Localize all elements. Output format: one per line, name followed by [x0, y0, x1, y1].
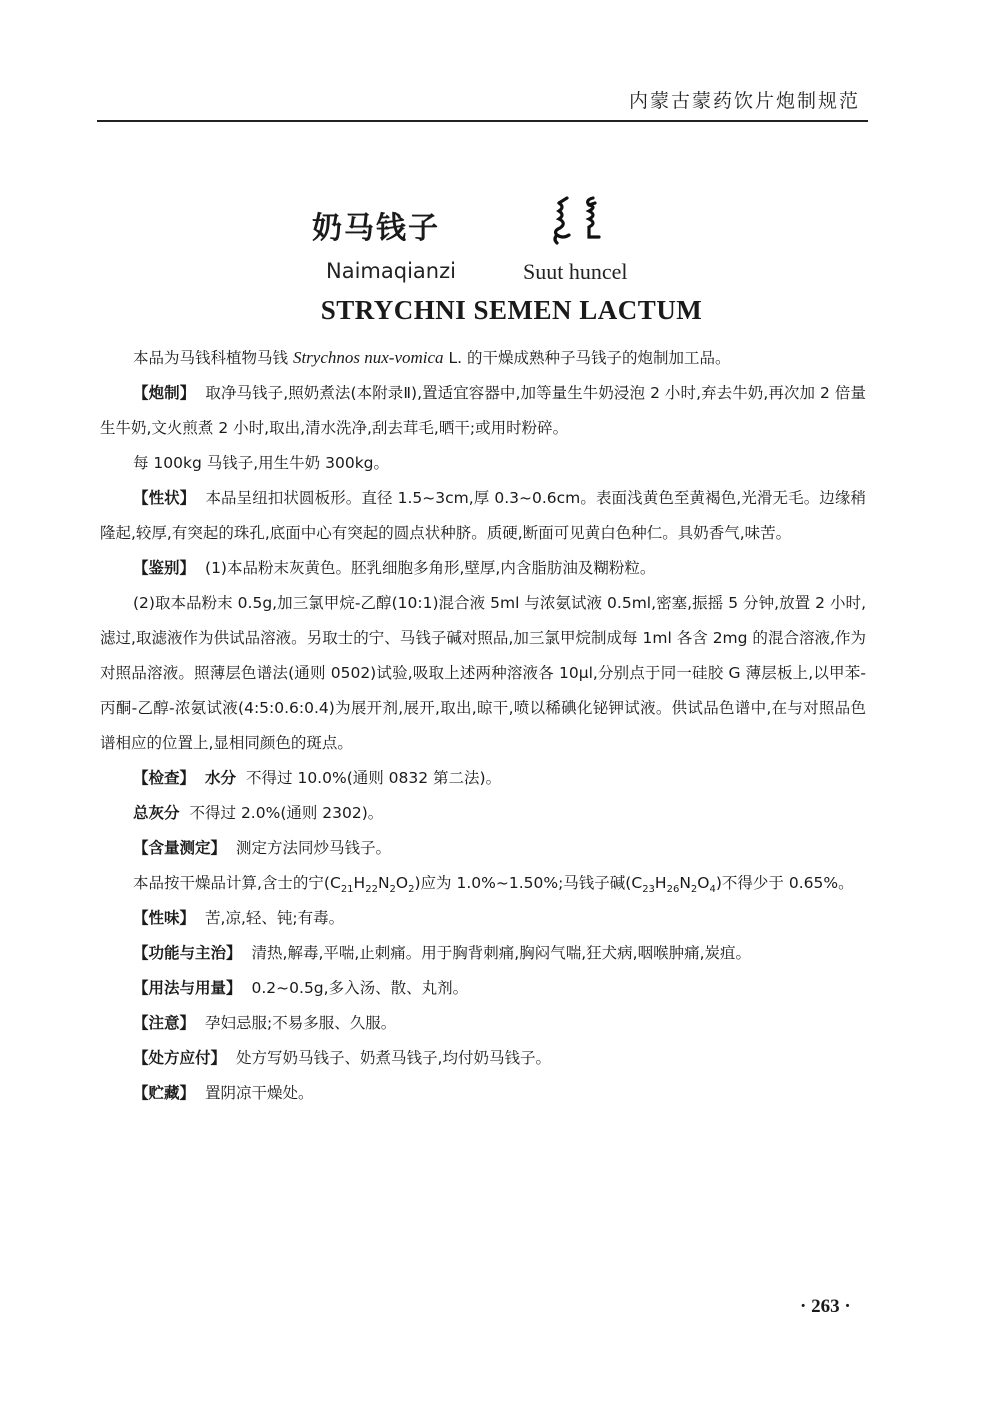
monograph-body: 本品为马钱科植物马钱 Strychnos nux-vomica L. 的干燥成熟… [100, 340, 866, 1111]
section-description: 【性状】本品呈纽扣状圆板形。直径 1.5~3cm,厚 0.3~0.6cm。表面浅… [100, 481, 866, 551]
intro-paragraph: 本品为马钱科植物马钱 Strychnos nux-vomica L. 的干燥成熟… [100, 340, 866, 376]
section-label: 【性状】 [133, 489, 195, 507]
section-label: 【鉴别】 [133, 559, 195, 577]
section-nature-taste: 【性味】苦,凉,轻、钝;有毒。 [100, 901, 866, 936]
section-usage: 【用法与用量】0.2~0.5g,多入汤、散、丸剂。 [100, 971, 866, 1006]
species-name: Strychnos nux-vomica [293, 348, 444, 367]
section-label: 【检查】 [133, 769, 195, 787]
section-assay: 【含量测定】测定方法同炒马钱子。 [100, 831, 866, 866]
brucine-formula: C23H26N2O4 [631, 874, 716, 892]
page-number: · 263 · [800, 1296, 851, 1318]
section-functions: 【功能与主治】清热,解毒,平喘,止刺痛。用于胸背刺痛,胸闷气喘,狂犬病,咽喉肿痛… [100, 936, 866, 971]
mongolian-latin-name: Suut huncel [523, 259, 628, 285]
section-label: 【注意】 [133, 1014, 195, 1032]
pinyin-name: Naimaqianzi [326, 259, 456, 283]
ash-label: 总灰分 [133, 804, 180, 822]
mongolian-script-icon [545, 195, 615, 245]
section-label: 【贮藏】 [133, 1084, 195, 1102]
moisture-label: 水分 [205, 769, 236, 787]
section-label: 【含量测定】 [133, 839, 226, 857]
section-inspection: 【检查】水分不得过 10.0%(通则 0832 第二法)。 [100, 761, 866, 796]
assay-detail: 本品按干燥品计算,含士的宁(C21H22N2O2)应为 1.0%~1.50%;马… [100, 866, 866, 901]
section-identification: 【鉴别】(1)本品粉末灰黄色。胚乳细胞多角形,壁厚,内含脂肪油及糊粉粒。 [100, 551, 866, 586]
running-head-title: 内蒙古蒙药饮片炮制规范 [629, 86, 860, 113]
section-label: 【炮制】 [133, 384, 195, 402]
identification-item-2: (2)取本品粉末 0.5g,加三氯甲烷-乙醇(10:1)混合液 5ml 与浓氨试… [100, 586, 866, 761]
chinese-title: 奶马钱子 [312, 203, 440, 247]
section-label: 【用法与用量】 [133, 979, 242, 997]
section-prescription: 【处方应付】处方写奶马钱子、奶煮马钱子,均付奶马钱子。 [100, 1041, 866, 1076]
section-precautions: 【注意】孕妇忌服;不易多服、久服。 [100, 1006, 866, 1041]
section-label: 【性味】 [133, 909, 195, 927]
latin-name: STRYCHNI SEMEN LACTUM [0, 295, 1007, 326]
total-ash: 总灰分不得过 2.0%(通则 2302)。 [100, 796, 866, 831]
strychnine-formula: C21H22N2O2 [330, 874, 415, 892]
processing-note: 每 100kg 马钱子,用生牛奶 300kg。 [100, 446, 866, 481]
section-label: 【功能与主治】 [133, 944, 242, 962]
section-processing: 【炮制】取净马钱子,照奶煮法(本附录Ⅱ),置适宜容器中,加等量生牛奶浸泡 2 小… [100, 376, 866, 446]
section-storage: 【贮藏】置阴凉干燥处。 [100, 1076, 866, 1111]
section-label: 【处方应付】 [133, 1049, 226, 1067]
running-head: 内蒙古蒙药饮片炮制规范 [97, 78, 868, 122]
